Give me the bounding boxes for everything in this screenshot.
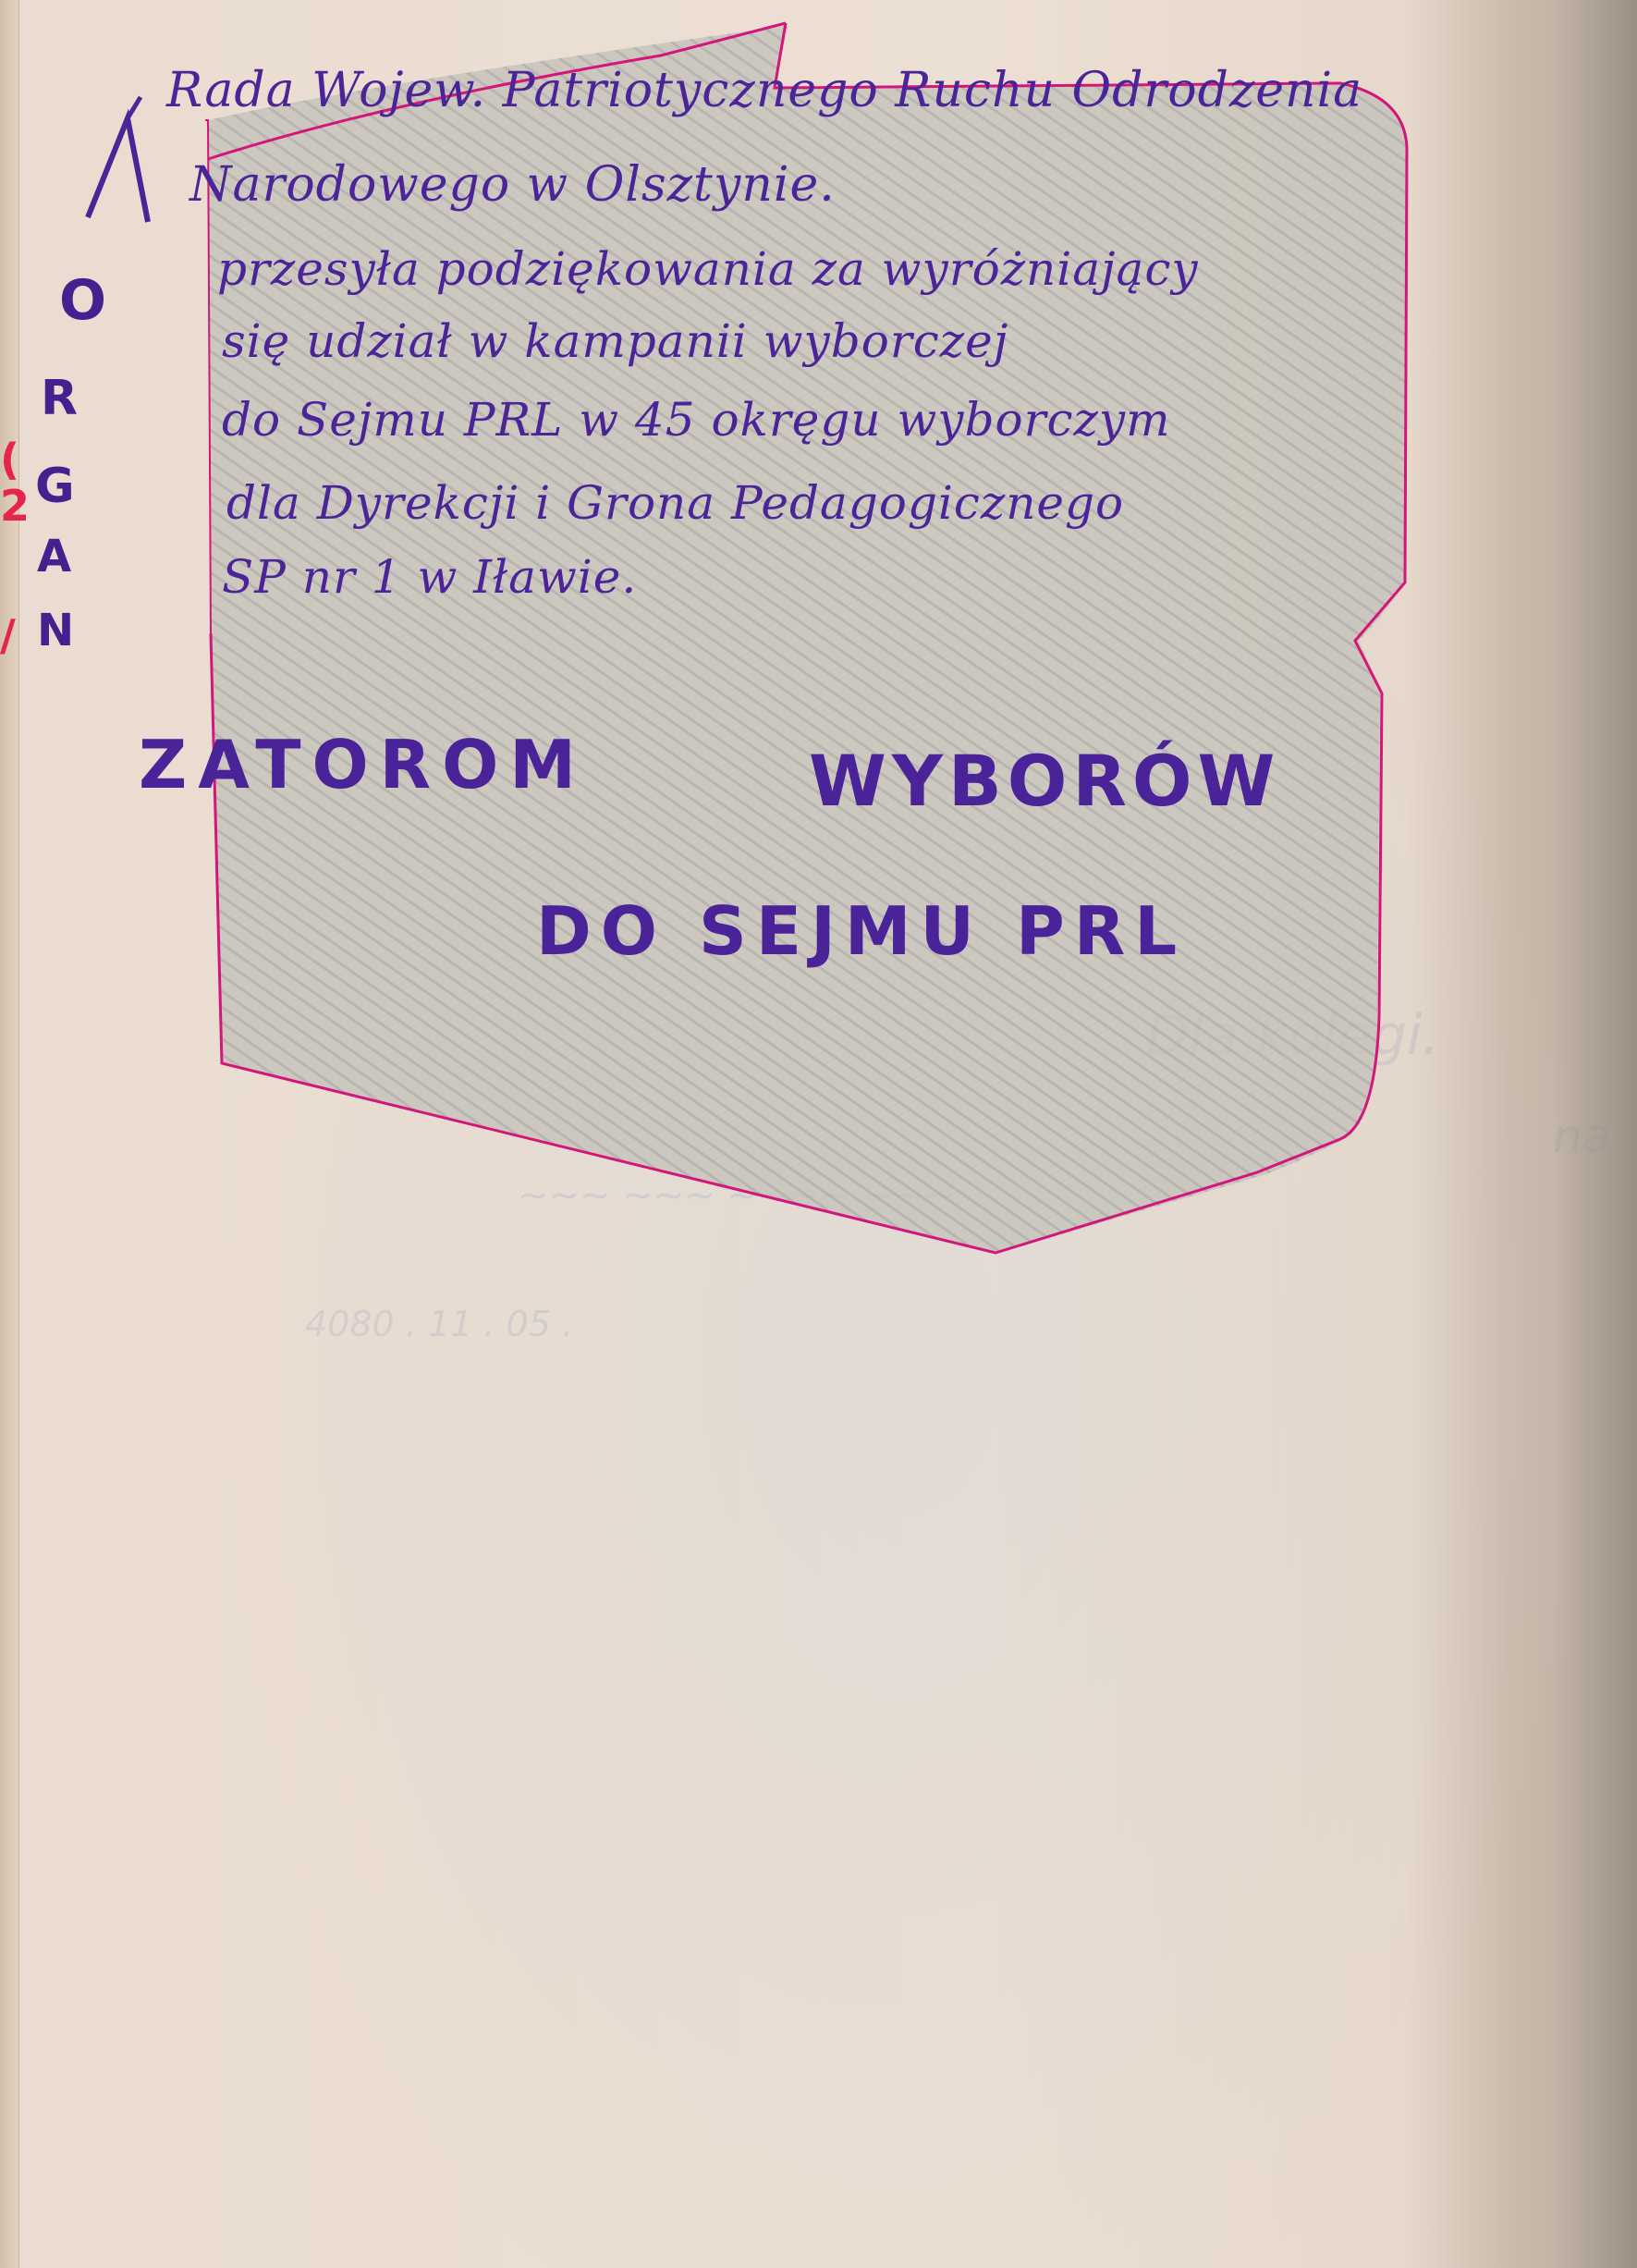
dedication-line: SP nr 1 w Iławie. bbox=[222, 550, 637, 604]
scanned-page: Dla kolegi. na ~~~ ~~~ ~~~~ ~~~ 4080 . 1… bbox=[0, 0, 1637, 2268]
dedication-line: Narodowego w Olsztynie. bbox=[189, 157, 836, 213]
dedication-line: dla Dyrekcji i Grona Pedagogicznego bbox=[226, 476, 1124, 530]
dedication-line: przesyła podziękowania za wyróżniający bbox=[217, 242, 1199, 296]
heading-vertical-letter: A bbox=[37, 534, 71, 579]
dedication-line: się udział w kampanii wyborczej bbox=[222, 314, 1008, 368]
heading-vertical-letter: N bbox=[37, 608, 74, 653]
dedication-line: Rada Wojew. Patriotycznego Ruchu Odrodze… bbox=[166, 63, 1362, 118]
dedication-line: do Sejmu PRL w 45 okręgu wyborczym bbox=[222, 393, 1171, 447]
heading-vertical-letter: O bbox=[59, 273, 106, 328]
heading-line-1a: ZATOROM bbox=[139, 726, 587, 803]
heading-line-2: DO SEJMU PRL bbox=[536, 892, 1186, 970]
heading-vertical-letter: G bbox=[35, 462, 75, 510]
heading-line-1b: WYBORÓW bbox=[809, 740, 1280, 822]
page-edge-shadow bbox=[1554, 0, 1637, 2268]
heading-vertical-letter: R bbox=[41, 374, 78, 423]
